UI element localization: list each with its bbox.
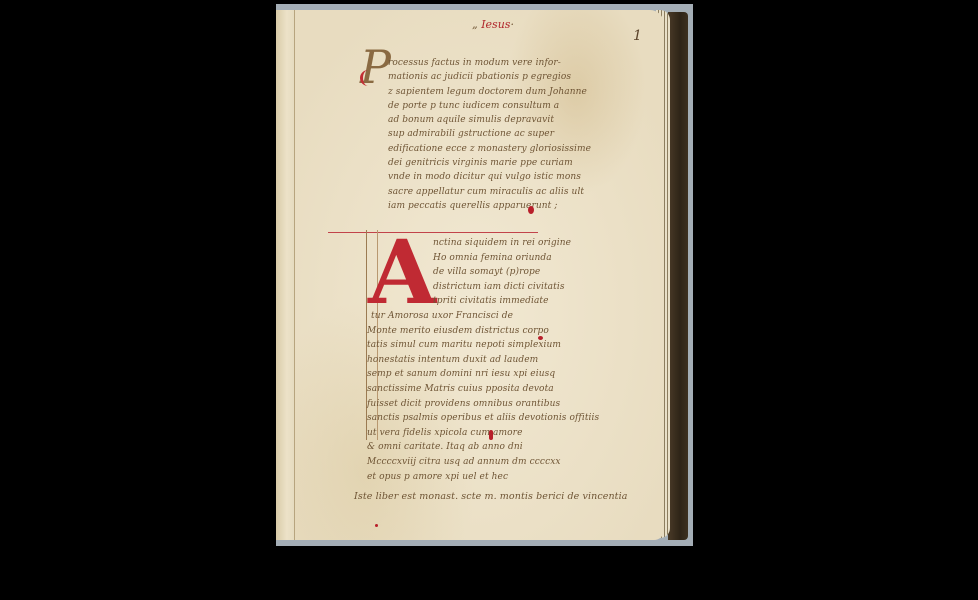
folio-number: 1: [633, 28, 642, 44]
text-line: Ho omnia femina oriunda: [433, 251, 599, 266]
manuscript-photo: „ Iesus· 1 P rocessus factus in modum ve…: [276, 4, 693, 546]
text-line: de porte p tunc iudicem consultum a: [388, 99, 591, 113]
heading-suffix: ·: [510, 18, 514, 31]
text-line: et opus p amore xpi uel et hec: [367, 470, 599, 485]
text-line: semp et sanum domini nri iesu xpi eiusq: [367, 367, 599, 382]
text-line: edificatione ecce z monastery gloriosiss…: [388, 142, 591, 156]
initial-p-rubric: [360, 70, 371, 86]
text-line: honestatis intentum duxit ad laudem: [367, 353, 599, 368]
text-line: z sapientem legum doctorem dum Johanne: [388, 85, 591, 99]
text-block-2: nctina siquidem in rei origine Ho omnia …: [433, 236, 599, 484]
ownership-note: Iste liber est monast. scte m. montis be…: [354, 490, 628, 504]
text-line: ut vera fidelis xpicola cum amore: [367, 426, 599, 441]
text-line: vnde in modo dicitur qui vulgo istic mon…: [388, 170, 591, 184]
page-gutter: [276, 10, 295, 540]
text-line: iam peccatis querellis apparuerunt ;: [388, 199, 591, 213]
heading-prefix: „: [472, 18, 481, 31]
red-ink-spot: [375, 524, 378, 527]
red-ink-spot: [528, 206, 534, 214]
text-line: districtum iam dicti civitatis: [433, 280, 599, 295]
text-line: tur Amorosa uxor Francisci de: [371, 309, 599, 324]
initial-a: A: [368, 228, 436, 316]
text-line: Mccccxviij citra usq ad annum dm ccccxx: [367, 455, 599, 470]
text-block-1: rocessus factus in modum vere infor- mat…: [388, 56, 591, 213]
text-line: sanctis psalmis operibus et aliis devoti…: [367, 411, 599, 426]
text-line: mationis ac judicii pbationis p egregios: [388, 70, 591, 84]
text-line: sanctissime Matris cuius pposita devota: [367, 382, 599, 397]
text-line: sacre appellatur cum miraculis ac aliis …: [388, 185, 591, 199]
text-line: de villa somayt (p)rope: [433, 265, 599, 280]
page-heading: „ Iesus·: [472, 18, 514, 31]
heading-word: Iesus: [481, 18, 510, 31]
text-line: fuisset dicit providens omnibus orantibu…: [367, 397, 599, 412]
manuscript-page: „ Iesus· 1 P rocessus factus in modum ve…: [276, 10, 664, 540]
text-line: tpriti civitatis immediate: [433, 294, 599, 309]
text-line: rocessus factus in modum vere infor-: [388, 56, 591, 70]
text-line: tatis simul cum maritu nepoti simplexium: [367, 338, 599, 353]
text-line: sup admirabili gstructione ac super: [388, 127, 591, 141]
book-cover: [668, 12, 688, 540]
text-line: dei genitricis virginis marie ppe curiam: [388, 156, 591, 170]
text-line: & omni caritate. Itaq ab anno dni: [367, 440, 599, 455]
text-line: Monte merito eiusdem districtus corpo: [367, 324, 599, 339]
text-line: nctina siquidem in rei origine: [433, 236, 599, 251]
text-line: ad bonum aquile simulis depravavit: [388, 113, 591, 127]
